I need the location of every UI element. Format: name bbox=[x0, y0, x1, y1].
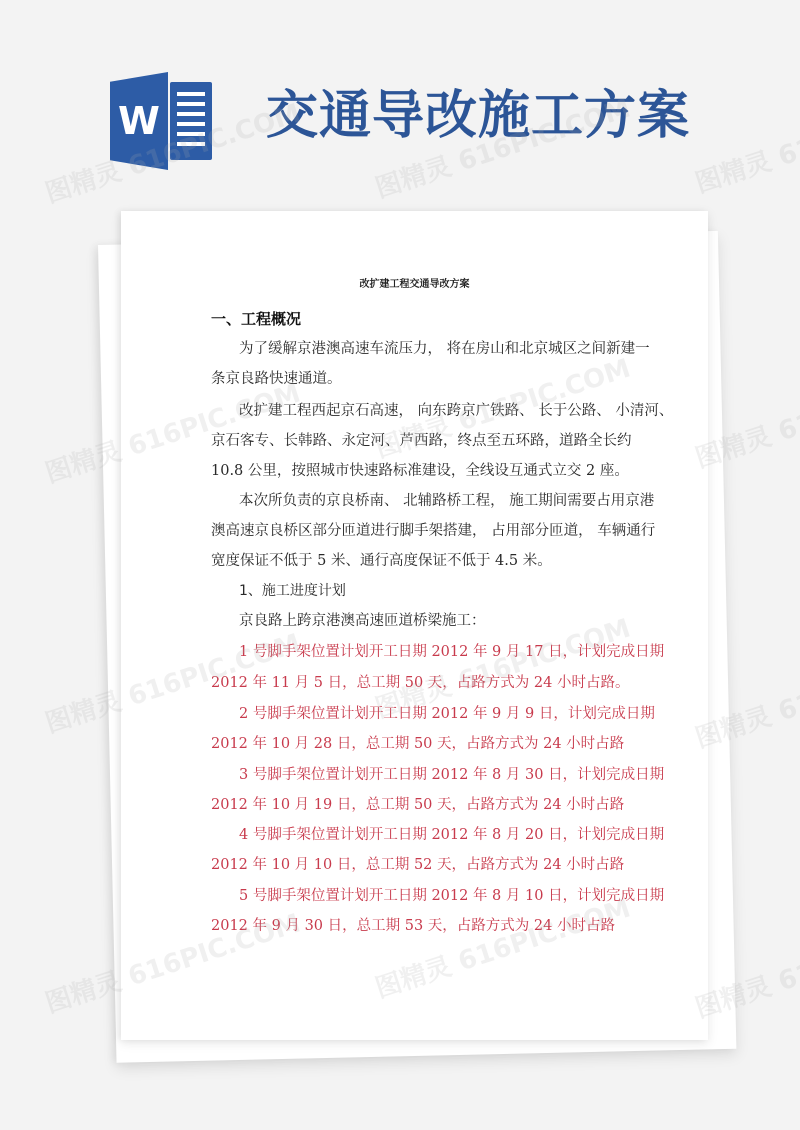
document-line: 2012 年 10 月 19 日，总工期 50 天，占路方式为 24 小时占路 bbox=[211, 795, 621, 815]
document-title: 改扩建工程交通导改方案 bbox=[121, 278, 708, 292]
document-line: 宽度保证不低于 5 米、通行高度保证不低于 4.5 米。 bbox=[211, 551, 621, 571]
document-line: 为了缓解京港澳高速车流压力， 将在房山和北京城区之间新建一 bbox=[239, 339, 649, 359]
document-line: 本次所负责的京良桥南、 北辅路桥工程， 施工期间需要占用京港 bbox=[239, 491, 649, 511]
document-line: 2012 年 10 月 10 日，总工期 52 天，占路方式为 24 小时占路 bbox=[211, 855, 621, 875]
word-icon-letter: W bbox=[116, 102, 162, 140]
document-page: 改扩建工程交通导改方案 一、工程概况为了缓解京港澳高速车流压力， 将在房山和北京… bbox=[121, 211, 708, 1040]
document-line: 3 号脚手架位置计划开工日期 2012 年 8 月 30 日，计划完成日期 bbox=[239, 765, 649, 785]
document-line: 改扩建工程西起京石高速， 向东跨京广铁路、 长于公路、 小清河、 bbox=[239, 401, 649, 421]
document-line: 2 号脚手架位置计划开工日期 2012 年 9 月 9 日，计划完成日期 bbox=[239, 704, 649, 724]
document-line: 2012 年 9 月 30 日，总工期 53 天，占路方式为 24 小时占路 bbox=[211, 916, 621, 936]
document-line: 条京良路快速通道。 bbox=[211, 369, 621, 389]
header: W 交通导改施工方案 bbox=[0, 0, 800, 200]
subsection-heading: 1、施工进度计划 bbox=[239, 581, 649, 601]
word-document-icon: W bbox=[110, 72, 214, 172]
document-line: 1 号脚手架位置计划开工日期 2012 年 9 月 17 日，计划完成日期 bbox=[239, 642, 649, 662]
document-line: 5 号脚手架位置计划开工日期 2012 年 8 月 10 日，计划完成日期 bbox=[239, 886, 649, 906]
document-line: 京良路上跨京港澳高速匝道桥梁施工： bbox=[239, 611, 649, 631]
document-line: 澳高速京良桥区部分匝道进行脚手架搭建， 占用部分匝道， 车辆通行 bbox=[211, 521, 621, 541]
document-line: 2012 年 10 月 28 日，总工期 50 天，占路方式为 24 小时占路 bbox=[211, 734, 621, 754]
document-line: 4 号脚手架位置计划开工日期 2012 年 8 月 20 日，计划完成日期 bbox=[239, 825, 649, 845]
document-line: 2012 年 11 月 5 日，总工期 50 天，占路方式为 24 小时占路。 bbox=[211, 673, 621, 693]
document-line: 京石客专、长韩路、永定河、芦西路，终点至五环路，道路全长约 bbox=[211, 431, 621, 451]
section-heading: 一、工程概况 bbox=[211, 309, 621, 329]
document-line: 10.8 公里，按照城市快速路标准建设，全线设互通式立交 2 座。 bbox=[211, 461, 621, 481]
page-title: 交通导改施工方案 bbox=[266, 84, 690, 148]
word-icon-page bbox=[170, 82, 212, 160]
